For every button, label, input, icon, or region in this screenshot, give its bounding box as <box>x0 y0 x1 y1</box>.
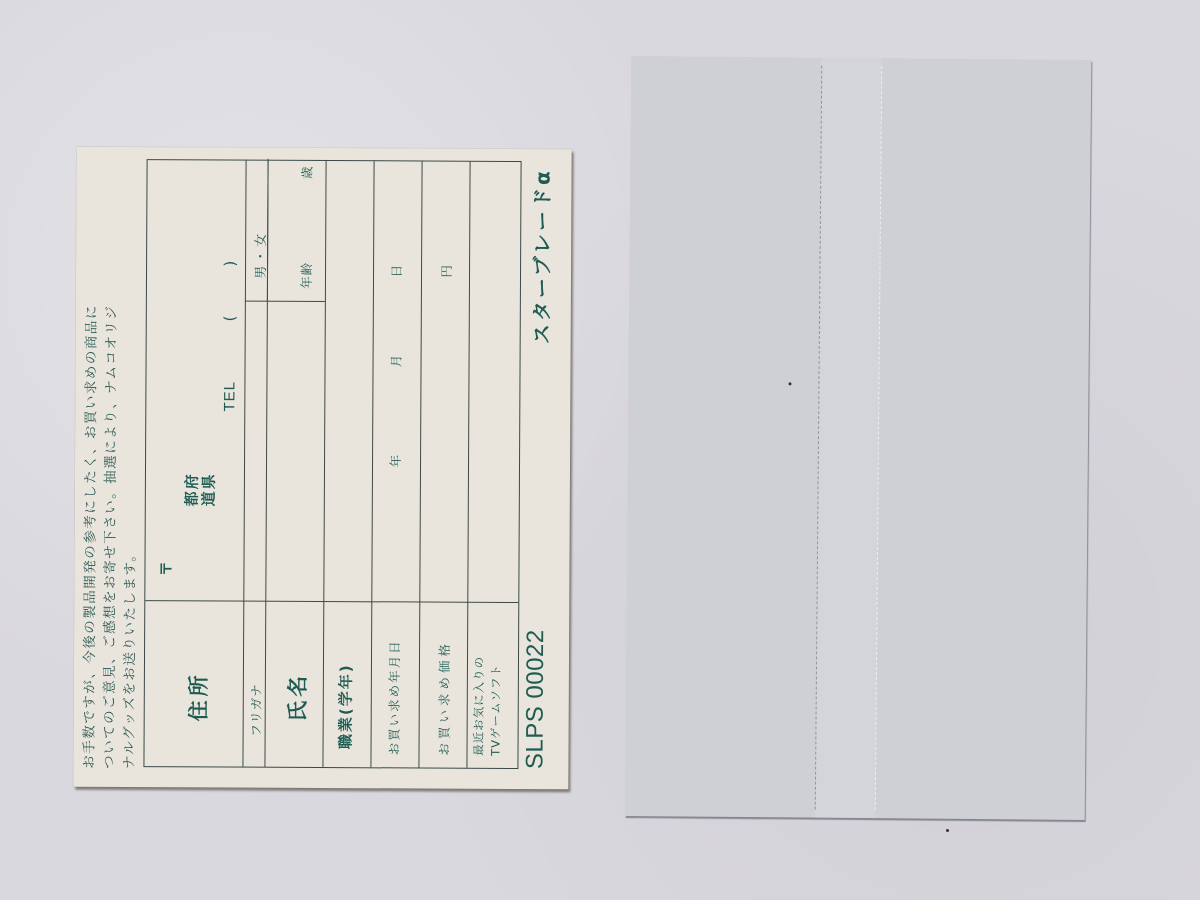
registration-card: お手数ですが、今後の製品開発の参考にしたく、お買い求めの商品に ついてのご意見、… <box>73 147 571 790</box>
occupation-label: 職業(学年) <box>335 663 356 749</box>
intro-line-3: ナルグッズをお送りいたします。 <box>119 159 142 769</box>
tel-label: TEL <box>221 381 238 412</box>
speck <box>946 829 949 832</box>
age-label: 年齢 <box>297 262 315 289</box>
purchase-date-label: お買い求め年月日 <box>384 639 403 755</box>
registration-form: 住所 〒 都府 道県 TEL ( ) フリガナ 男・女 氏名 年齢 歳 職業(学… <box>143 159 521 769</box>
date-year: 年 <box>386 454 404 468</box>
date-month: 月 <box>387 354 405 368</box>
prefecture-label: 都府 道県 <box>184 466 218 506</box>
product-title: スターブレードα <box>526 168 556 344</box>
tel-parens: ( ) <box>219 260 240 322</box>
product-code: SLPS 00022 <box>521 629 550 769</box>
furigana-label: フリガナ <box>247 683 265 736</box>
postal-mark: 〒 <box>155 559 176 576</box>
price-unit: 円 <box>437 264 455 278</box>
purchase-price-label: お買い求め価格 <box>434 640 453 756</box>
gender-label: 男・女 <box>250 231 269 279</box>
registration-card-content: お手数ですが、今後の製品開発の参考にしたく、お買い求めの商品に ついてのご意見、… <box>73 147 571 790</box>
name-label: 氏名 <box>282 672 312 722</box>
date-day: 日 <box>387 264 405 278</box>
row-divider <box>370 161 374 767</box>
intro-text: お手数ですが、今後の製品開発の参考にしたく、お買い求めの商品に ついてのご意見、… <box>79 159 142 769</box>
label-column-divider <box>145 600 518 603</box>
speck <box>788 382 791 385</box>
address-label: 住所 <box>183 671 213 721</box>
blank-card <box>625 56 1092 820</box>
favorite-game-label: 最近お気に入りの TVゲームソフト <box>470 656 505 756</box>
perforated-strip <box>815 58 882 818</box>
row-divider <box>418 162 422 768</box>
age-unit: 歳 <box>298 165 316 179</box>
